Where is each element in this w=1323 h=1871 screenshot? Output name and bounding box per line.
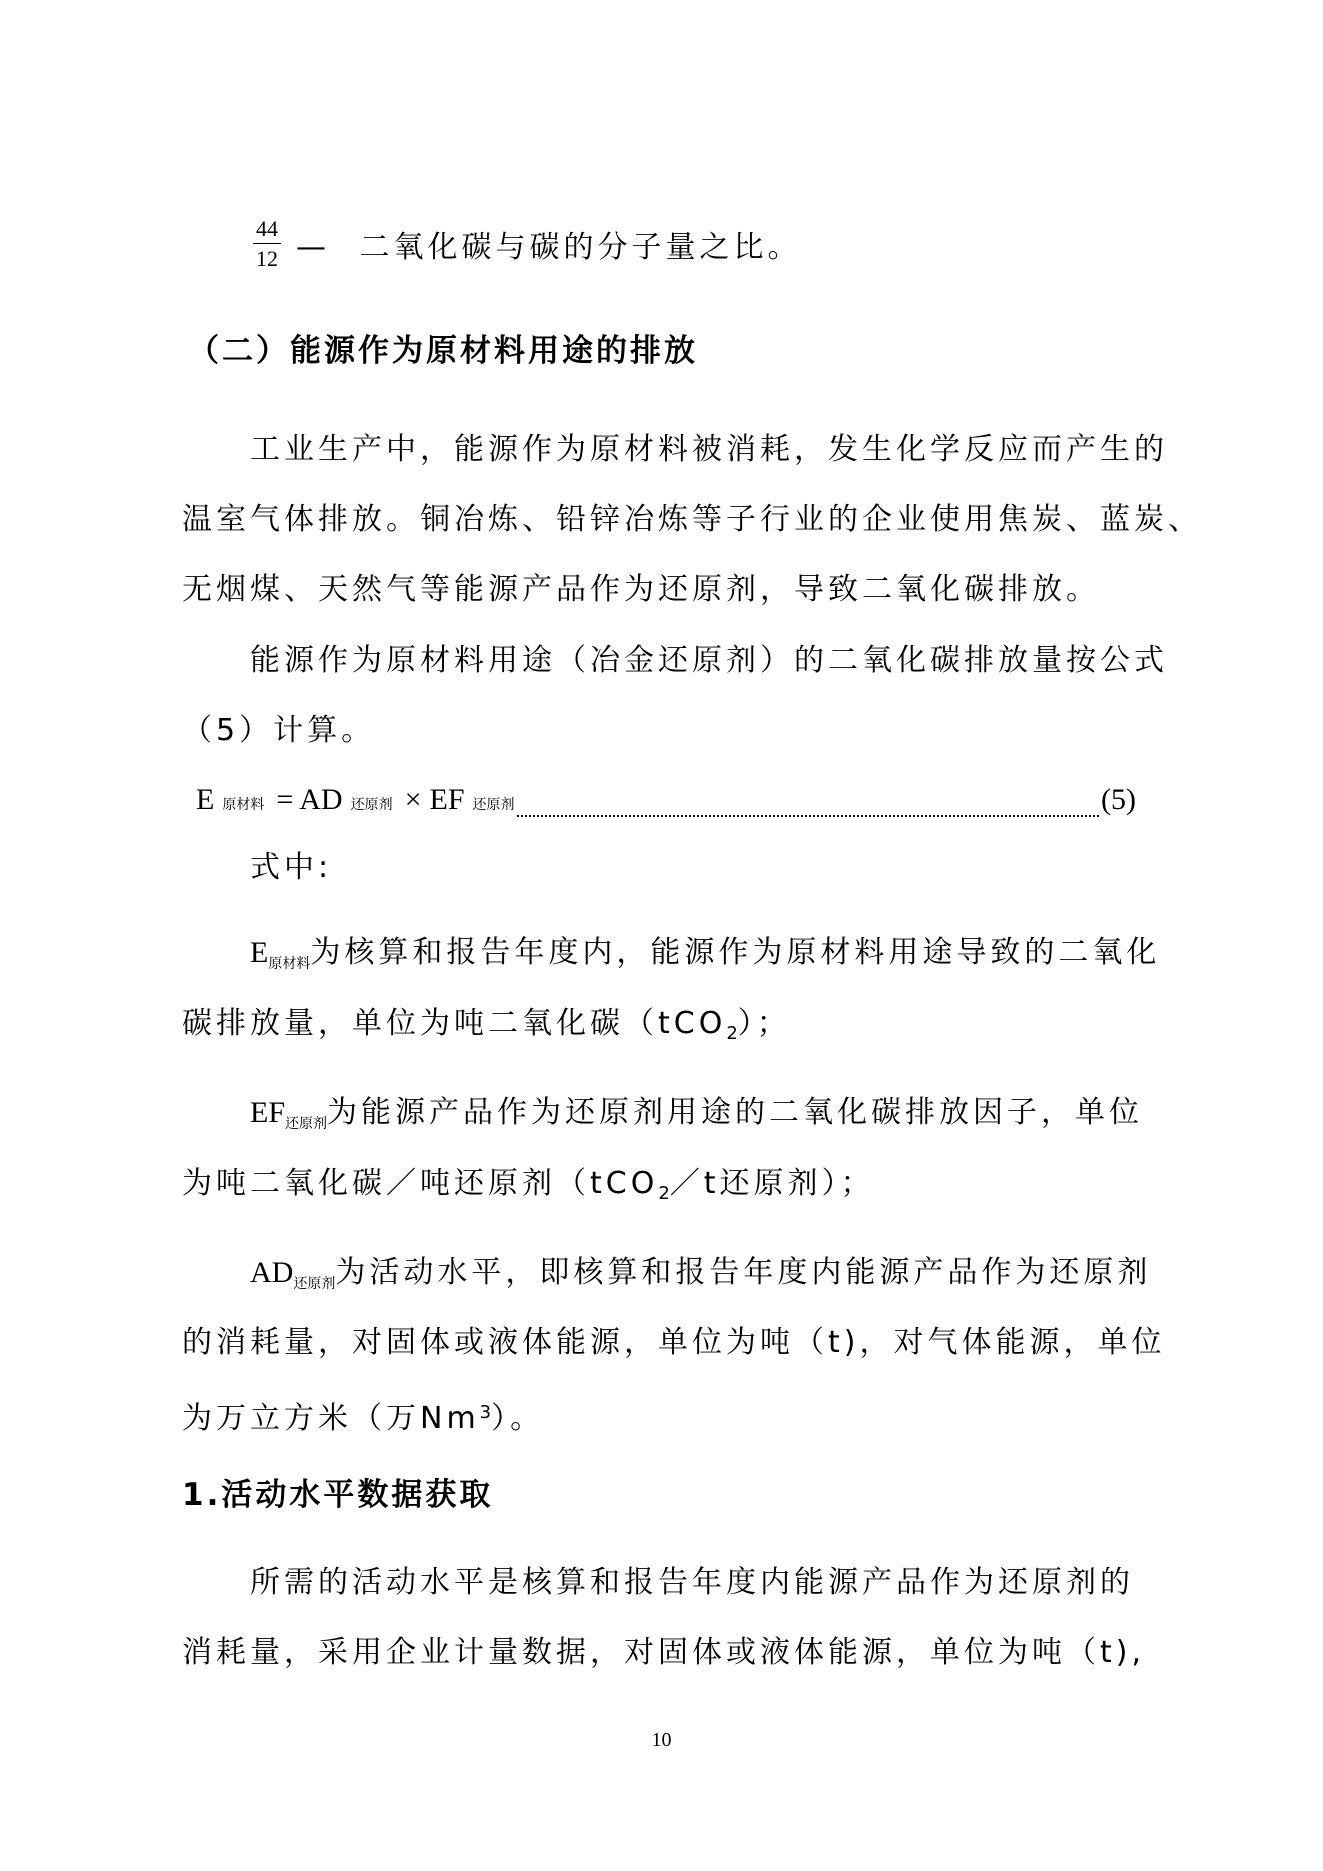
definition-e-unit-text: 碳排放量，单位为吨二氧化碳（tCO	[182, 1006, 726, 1041]
formula-times: ×	[405, 782, 422, 818]
formula-5: E 原材料 = AD 还原剂 × EF 还原剂 (5)	[196, 782, 1136, 823]
definition-ef-text: 为能源产品作为还原剂用途的二氧化碳排放因子，单位	[327, 1095, 1143, 1130]
paragraph2-line1: 能源作为原材料用途（冶金还原剂）的二氧化碳排放量按公式	[250, 643, 1168, 679]
formula-term2-subscript: 还原剂	[473, 787, 515, 823]
subheading-activity-data: 1.活动水平数据获取	[182, 1477, 493, 1513]
definition-ef-end: ／t还原剂）；	[670, 1166, 875, 1201]
paragraph2-line2: （5）计算。	[182, 713, 375, 749]
definition-ad-line1: AD还原剂为活动水平，即核算和报告年度内能源产品作为还原剂	[250, 1255, 1151, 1302]
definition-ad-line2: 的消耗量，对固体或液体能源，单位为吨（t)，对气体能源，单位	[182, 1325, 1165, 1361]
definition-ad-symbol: AD	[250, 1256, 293, 1289]
section-heading: （二）能源作为原材料用途的排放	[188, 333, 698, 369]
co2-subscript: 2	[726, 1023, 737, 1044]
formula-term1-subscript: 还原剂	[351, 787, 393, 823]
paragraph1-line3: 无烟煤、天然气等能源产品作为还原剂，导致二氧化碳排放。	[182, 572, 1100, 608]
definition-e-end: ）；	[738, 1006, 791, 1041]
definition-ef-unit-text: 为吨二氧化碳／吨还原剂（tCO	[182, 1166, 658, 1201]
definition-ef-line1: EF还原剂为能源产品作为还原剂用途的二氧化碳排放因子，单位	[250, 1095, 1143, 1142]
definition-e-line1: E原材料为核算和报告年度内，能源作为原材料用途导致的二氧化	[250, 935, 1160, 982]
paragraph1-line1: 工业生产中，能源作为原材料被消耗，发生化学反应而产生的	[250, 432, 1168, 468]
fraction-denominator: 12	[253, 244, 281, 272]
formula-leader-dots	[517, 815, 1099, 817]
where-label: 式中:	[250, 850, 332, 886]
page-number: 10	[0, 1729, 1323, 1752]
formula-equals: =	[276, 782, 293, 818]
document-page: 44 12 — 二氧化碳与碳的分子量之比。 （二）能源作为原材料用途的排放 工业…	[0, 0, 1323, 1871]
co2-subscript: 2	[658, 1183, 669, 1204]
cubic-superscript: 3	[480, 1402, 491, 1423]
em-dash: —	[296, 230, 330, 265]
definition-e-subscript: 原材料	[268, 956, 310, 972]
paragraph3-line2: 消耗量，采用企业计量数据，对固体或液体能源，单位为吨（t),	[182, 1635, 1145, 1671]
definition-ef-line2: 为吨二氧化碳／吨还原剂（tCO2／t还原剂）；	[182, 1166, 875, 1212]
definition-ad-text: 为活动水平，即核算和报告年度内能源产品作为还原剂	[335, 1255, 1151, 1290]
definition-ad-unit-text: 为万立方米（万Nm	[182, 1401, 480, 1436]
paragraph1-line2: 温室气体排放。铜冶炼、铅锌冶炼等子行业的企业使用焦炭、蓝炭、	[182, 502, 1202, 538]
paragraph3-line1: 所需的活动水平是核算和报告年度内能源产品作为还原剂的	[250, 1565, 1134, 1601]
fraction-numerator: 44	[253, 216, 281, 244]
definition-e-symbol: E	[250, 936, 268, 969]
definition-e-text: 为核算和报告年度内，能源作为原材料用途导致的二氧化	[310, 935, 1160, 970]
definition-ad-line3: 为万立方米（万Nm3）。	[182, 1395, 544, 1437]
definition-ef-subscript: 还原剂	[285, 1116, 327, 1132]
fraction-description: 二氧化碳与碳的分子量之比。	[360, 230, 802, 265]
formula-term1: AD	[299, 782, 342, 818]
formula-term2: EF	[430, 782, 465, 818]
definition-ad-end: ）。	[491, 1401, 544, 1436]
fraction-44-12: 44 12	[253, 216, 281, 272]
definition-e-line2: 碳排放量，单位为吨二氧化碳（tCO2）；	[182, 1006, 791, 1052]
formula-lhs: E	[196, 782, 214, 818]
definition-ad-subscript: 还原剂	[293, 1276, 335, 1292]
formula-number: (5)	[1101, 782, 1136, 818]
fraction-description-line: — 二氧化碳与碳的分子量之比。	[296, 230, 802, 266]
formula-lhs-subscript: 原材料	[222, 787, 264, 823]
definition-ef-symbol: EF	[250, 1096, 285, 1129]
